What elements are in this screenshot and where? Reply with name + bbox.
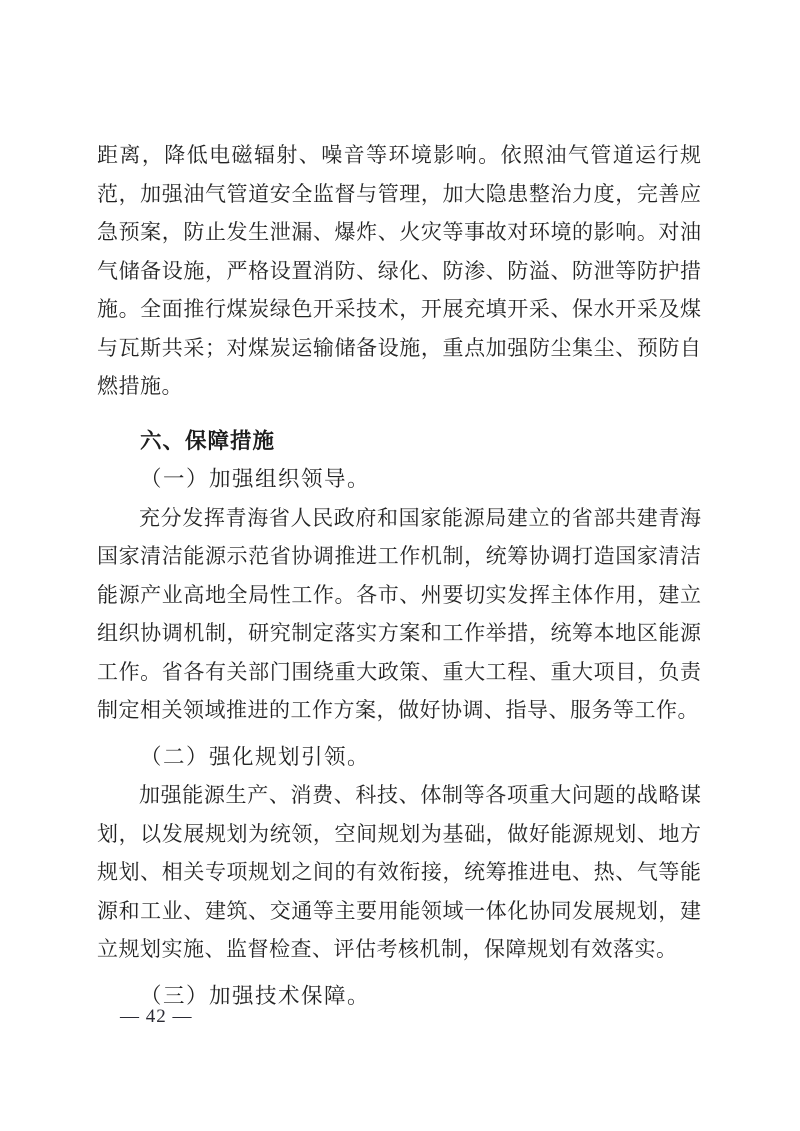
text-line: 充分发挥青海省人民政府和国家能源局建立的省部共建青海 [97,499,701,538]
text-line: 源和工业、建筑、交通等主要用能领域一体化协同发展规划，建 [97,892,701,931]
text-line: 加强能源生产、消费、科技、体制等各项重大问题的战略谋 [97,776,701,815]
subsection-heading: （二）强化规划引领。 [97,738,701,777]
text-line: 燃措施。 [97,367,701,406]
subsection-heading: （一）加强组织领导。 [97,460,701,499]
document-page: 距离，降低电磁辐射、噪音等环境影响。依照油气管道运行规范，加强油气管道安全监督与… [0,0,800,1131]
document-body: 距离，降低电磁辐射、噪音等环境影响。依照油气管道运行规范，加强油气管道安全监督与… [97,136,701,1015]
text-line: 急预案，防止发生泄漏、爆炸、火灾等事故对环境的影响。对油 [97,213,701,252]
text-line: 距离，降低电磁辐射、噪音等环境影响。依照油气管道运行规 [97,136,701,175]
text-line: 工作。省各有关部门围绕重大政策、重大工程、重大项目，负责 [97,653,701,692]
text-line: 范，加强油气管道安全监督与管理，加大隐患整治力度，完善应 [97,175,701,214]
paragraph: 充分发挥青海省人民政府和国家能源局建立的省部共建青海国家清洁能源示范省协调推进工… [97,499,701,730]
text-line: 划，以发展规划为统领，空间规划为基础，做好能源规划、地方 [97,815,701,854]
section-heading: 六、保障措施 [97,422,701,461]
text-line: 立规划实施、监督检查、评估考核机制，保障规划有效落实。 [97,930,701,969]
text-line: 组织协调机制，研究制定落实方案和工作举措，统筹本地区能源 [97,614,701,653]
paragraph: 距离，降低电磁辐射、噪音等环境影响。依照油气管道运行规范，加强油气管道安全监督与… [97,136,701,406]
text-line: 能源产业高地全局性工作。各市、州要切实发挥主体作用，建立 [97,576,701,615]
text-line: 气储备设施，严格设置消防、绿化、防渗、防溢、防泄等防护措 [97,252,701,291]
text-line: 国家清洁能源示范省协调推进工作机制，统筹协调打造国家清洁 [97,537,701,576]
page-number: — 42 — [120,1006,193,1028]
text-line: 施。全面推行煤炭绿色开采技术，开展充填开采、保水开采及煤 [97,290,701,329]
paragraph: 加强能源生产、消费、科技、体制等各项重大问题的战略谋划，以发展规划为统领，空间规… [97,776,701,969]
text-line: 与瓦斯共采；对煤炭运输储备设施，重点加强防尘集尘、预防自 [97,329,701,368]
text-line: 制定相关领域推进的工作方案，做好协调、指导、服务等工作。 [97,691,701,730]
text-line: 规划、相关专项规划之间的有效衔接，统筹推进电、热、气等能 [97,853,701,892]
